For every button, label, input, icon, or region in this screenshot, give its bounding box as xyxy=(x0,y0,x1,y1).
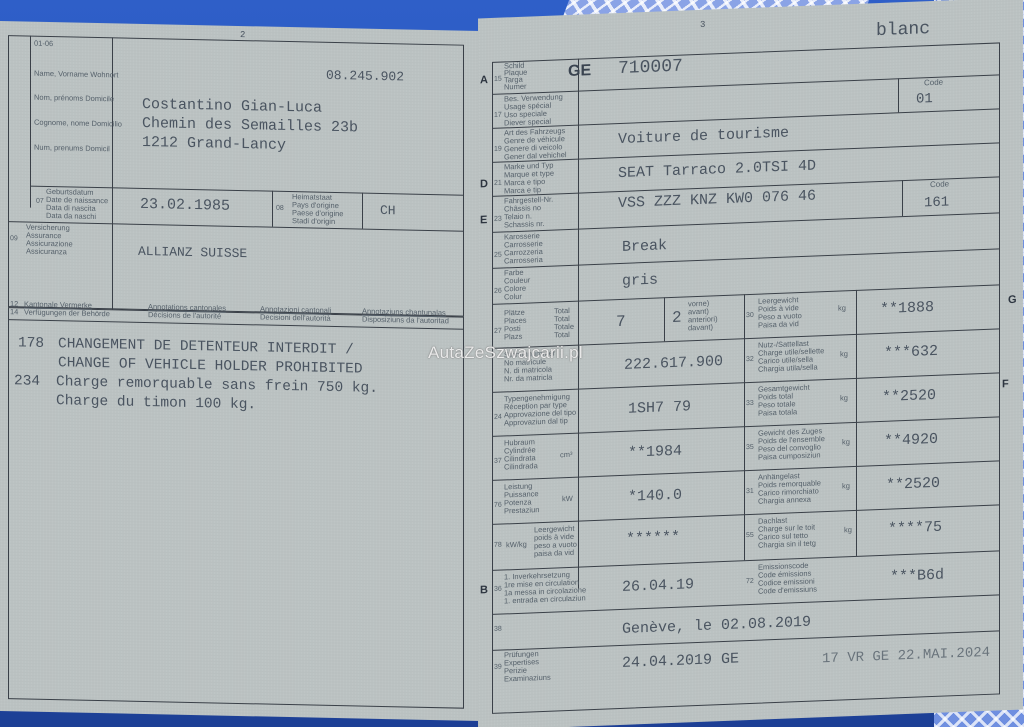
special-use-code: 01 xyxy=(916,91,933,108)
plate-number: 710007 xyxy=(618,57,683,79)
first-registration: 26.04.19 xyxy=(622,576,694,596)
roof-load: ****75 xyxy=(888,519,942,538)
body-type: Break xyxy=(622,237,667,256)
train-weight: **4920 xyxy=(884,431,938,450)
plate-canton: GE xyxy=(568,62,591,81)
displacement: **1984 xyxy=(628,443,682,462)
chassis-code: 161 xyxy=(924,194,949,211)
country-of-origin: CH xyxy=(380,203,396,218)
page-number: 3 xyxy=(700,20,705,30)
page-number: 2 xyxy=(240,30,245,40)
color: gris xyxy=(622,272,658,290)
power: *140.0 xyxy=(628,487,682,506)
holder-label-fr: Nom, prénoms Domicile xyxy=(34,94,114,104)
holder-label-rm: Num, prenums Domicil xyxy=(34,144,110,154)
right-page: 3 blanc A 15 Schild Plaque Targa Numer G… xyxy=(478,0,1023,727)
power-weight-ratio: ****** xyxy=(626,529,680,548)
plate-color: blanc xyxy=(876,19,930,41)
seats-front: 2 xyxy=(672,309,682,327)
left-page: 2 01-06 Name, Vorname Wohnort Nom, préno… xyxy=(0,21,480,721)
note-code: 234 xyxy=(14,373,40,390)
holder-city: 1212 Grand-Lancy xyxy=(142,134,286,154)
holder-id: 08.245.902 xyxy=(326,68,404,85)
note-code: 178 xyxy=(18,335,44,352)
seats-total: 7 xyxy=(616,313,626,331)
total-weight: **2520 xyxy=(882,387,936,406)
payload: ***632 xyxy=(884,343,938,362)
section-code: 01-06 xyxy=(34,40,53,48)
birth-date: 23.02.1985 xyxy=(140,196,230,215)
type-approval: 1SH7 79 xyxy=(628,398,691,417)
insurance: ALLIANZ SUISSE xyxy=(138,244,247,261)
emission-code: ***B6d xyxy=(890,567,944,586)
towing-load: **2520 xyxy=(886,475,940,494)
watermark: AutaZeSzwajcarii.pl xyxy=(428,343,583,363)
empty-weight: **1888 xyxy=(880,299,934,318)
